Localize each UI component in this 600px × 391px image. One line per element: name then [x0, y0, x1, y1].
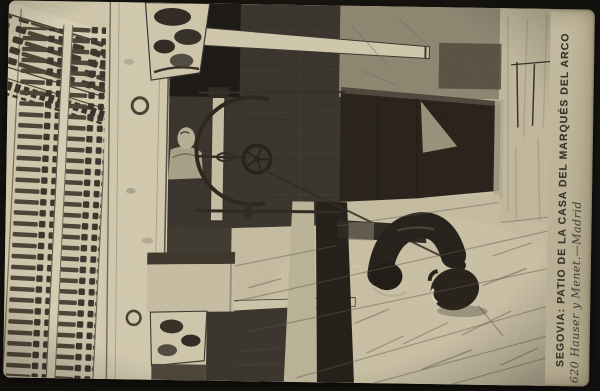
postcard-photo [3, 0, 551, 385]
caption-strip: SEGOVIA: PATIO DE LA CASA DEL MARQUÉS DE… [545, 9, 595, 387]
postcard: SEGOVIA: PATIO DE LA CASA DEL MARQUÉS DE… [3, 0, 595, 386]
vignette [3, 0, 551, 385]
caption-box: SEGOVIA: PATIO DE LA CASA DEL MARQUÉS DE… [547, 10, 593, 385]
screenshot-background: SEGOVIA: PATIO DE LA CASA DEL MARQUÉS DE… [0, 0, 600, 391]
photo-scene [3, 0, 551, 385]
